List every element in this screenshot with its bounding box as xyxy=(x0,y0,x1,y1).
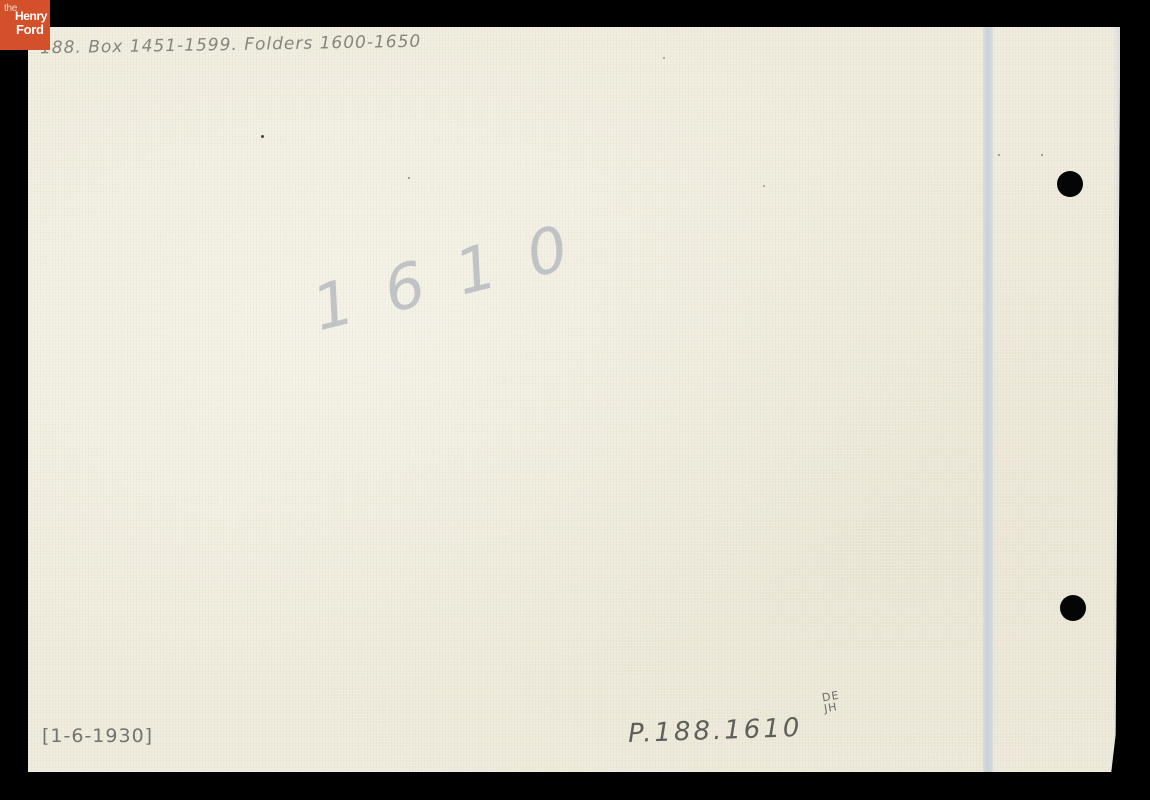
paper-speck xyxy=(663,57,665,59)
binder-hole-bottom xyxy=(1060,595,1086,621)
paper-speck xyxy=(1041,154,1043,156)
binder-hole-top xyxy=(1057,171,1083,197)
paper-speck xyxy=(261,135,264,138)
scan-stage: 188. Box 1451-1599. Folders 1600-1650 16… xyxy=(0,0,1150,800)
date-note: [1-6-1930] xyxy=(42,725,153,747)
header-pencil-note: 188. Box 1451-1599. Folders 1600-1650 xyxy=(40,32,422,59)
paper-speck xyxy=(763,185,765,187)
paper-speck xyxy=(408,177,410,179)
paper-speck xyxy=(998,154,1000,156)
henry-ford-logo: the Henry Ford xyxy=(0,0,50,50)
document-paper: 188. Box 1451-1599. Folders 1600-1650 16… xyxy=(28,27,1120,772)
catalog-number: P.188.1610 xyxy=(628,713,803,749)
paper-right-edge xyxy=(1112,27,1120,772)
binder-stub-stripe xyxy=(983,27,993,772)
large-faint-number: 1610 xyxy=(305,203,608,345)
logo-ford: Ford xyxy=(4,23,47,36)
archivist-initials: DE JH xyxy=(821,690,842,715)
